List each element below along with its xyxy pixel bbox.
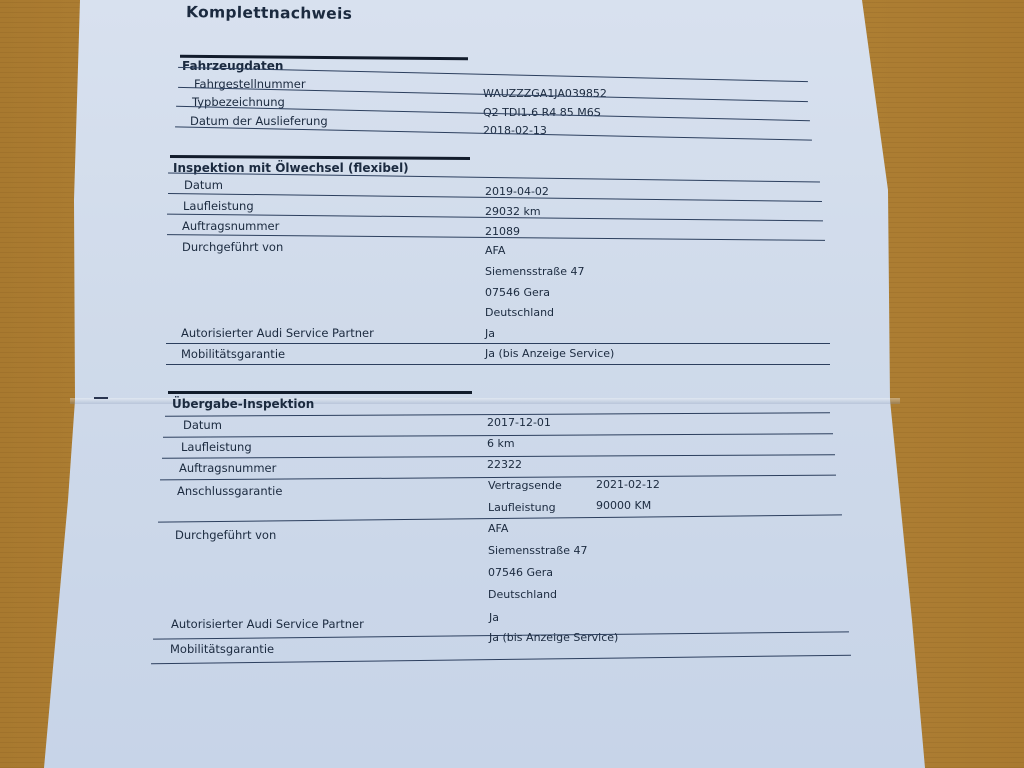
row-divider bbox=[166, 343, 830, 344]
value-datum: 2017-12-01 bbox=[487, 416, 551, 429]
label-auftragsnummer: Auftragsnummer bbox=[182, 219, 279, 233]
label-laufleistung: Laufleistung bbox=[181, 440, 252, 454]
value-garantie-laufleistung: 90000 KM bbox=[596, 499, 651, 512]
value-laufleistung: 6 km bbox=[487, 437, 515, 450]
section-heading: Übergabe-Inspektion bbox=[172, 397, 314, 411]
value-autorisierter-partner: Ja bbox=[485, 327, 495, 340]
document-title: Komplettnachweis bbox=[186, 3, 352, 23]
label-autorisierter-partner: Autorisierter Audi Service Partner bbox=[171, 617, 364, 631]
section-heading: Fahrzeugdaten bbox=[182, 59, 283, 73]
fold-mark bbox=[94, 397, 108, 399]
value-vertragsende: 2021-02-12 bbox=[596, 478, 660, 491]
value-workshop-street: Siemensstraße 47 bbox=[485, 265, 585, 278]
label-datum-auslieferung: Datum der Auslieferung bbox=[190, 114, 328, 128]
value-datum-auslieferung: 2018-02-13 bbox=[483, 124, 547, 137]
value-workshop-city: 07546 Gera bbox=[485, 286, 550, 299]
label-laufleistung: Laufleistung bbox=[183, 199, 254, 213]
label-mobilitaetsgarantie: Mobilitätsgarantie bbox=[170, 642, 274, 656]
label-datum: Datum bbox=[183, 418, 222, 432]
label-vertragsende: Vertragsende bbox=[488, 479, 562, 492]
value-workshop-name: AFA bbox=[485, 244, 505, 257]
label-durchgefuehrt-von: Durchgeführt von bbox=[182, 240, 283, 254]
value-workshop-country: Deutschland bbox=[488, 588, 557, 601]
label-durchgefuehrt-von: Durchgeführt von bbox=[175, 528, 276, 542]
value-workshop-city: 07546 Gera bbox=[488, 566, 553, 579]
label-anschlussgarantie: Anschlussgarantie bbox=[177, 484, 282, 498]
value-auftragsnummer: 22322 bbox=[487, 458, 522, 471]
value-mobilitaetsgarantie: Ja (bis Anzeige Service) bbox=[489, 631, 618, 644]
label-mobilitaetsgarantie: Mobilitätsgarantie bbox=[181, 347, 285, 361]
value-workshop-street: Siemensstraße 47 bbox=[488, 544, 588, 557]
value-autorisierter-partner: Ja bbox=[489, 611, 499, 624]
label-garantie-laufleistung: Laufleistung bbox=[488, 501, 556, 514]
label-datum: Datum bbox=[184, 178, 223, 192]
label-autorisierter-partner: Autorisierter Audi Service Partner bbox=[181, 326, 374, 340]
section-bar bbox=[168, 391, 472, 394]
value-mobilitaetsgarantie: Ja (bis Anzeige Service) bbox=[485, 347, 614, 360]
label-auftragsnummer: Auftragsnummer bbox=[179, 461, 276, 475]
row-divider bbox=[166, 364, 830, 365]
value-workshop-country: Deutschland bbox=[485, 306, 554, 319]
value-workshop-name: AFA bbox=[488, 522, 508, 535]
